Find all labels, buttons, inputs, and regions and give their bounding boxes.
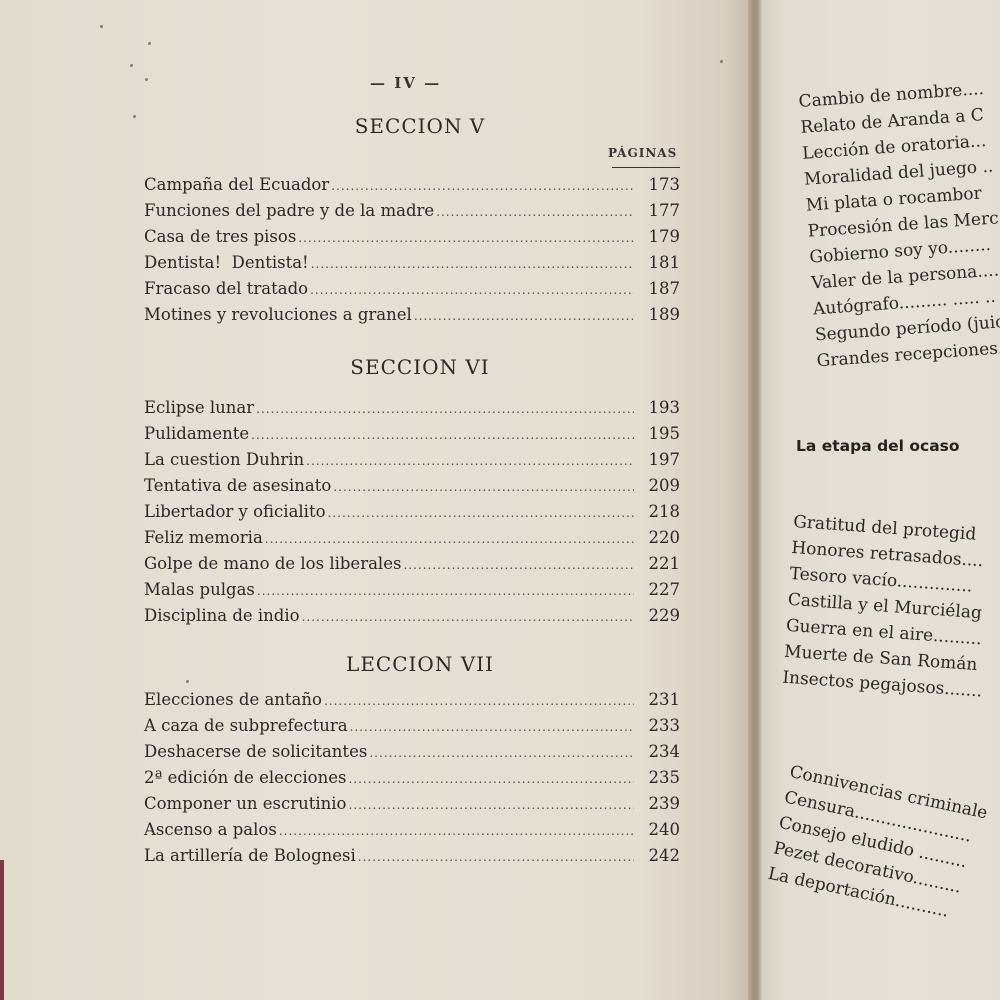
page-folio: — IV — bbox=[370, 74, 441, 92]
toc-entry: Componer un escrutinio..................… bbox=[144, 794, 680, 820]
toc-entry: Motines y revoluciones a granel.........… bbox=[144, 305, 680, 331]
leader-dots: ........................................… bbox=[350, 720, 634, 734]
paginas-rule bbox=[612, 167, 680, 168]
leader-dots: ........................................… bbox=[310, 283, 634, 297]
foxing-speck bbox=[130, 64, 133, 67]
leader-dots: ........................................… bbox=[331, 179, 634, 193]
foxing-speck bbox=[133, 115, 136, 118]
book-spread: — IV — SECCION V PÁGINAS Campaña del Ecu… bbox=[0, 0, 1000, 1000]
leader-dots: ........................................… bbox=[369, 746, 634, 760]
toc-section-v: Campaña del Ecuador.....................… bbox=[144, 175, 680, 331]
leader-dots: ........................................… bbox=[306, 454, 634, 468]
toc-entry: Feliz memoria...........................… bbox=[144, 528, 680, 554]
leader-dots: ........................................… bbox=[333, 480, 634, 494]
toc-right-group-2: Gratitud del protegid Honores retrasados… bbox=[781, 512, 993, 708]
toc-entry: Disciplina de indio.....................… bbox=[144, 606, 680, 632]
toc-entry: Deshacerse de solicitantes..............… bbox=[144, 742, 680, 768]
cover-edge bbox=[0, 860, 4, 1000]
toc-right-group-1: Cambio de nombre.... Relato de Aranda a … bbox=[798, 78, 1000, 377]
toc-entry: 2ª edición de elecciones................… bbox=[144, 768, 680, 794]
toc-entry: Libertador y oficialito.................… bbox=[144, 502, 680, 528]
leader-dots: ........................................… bbox=[403, 558, 634, 572]
section-heading-etapa-ocaso: La etapa del ocaso bbox=[796, 437, 960, 455]
toc-entry: Malas pulgas............................… bbox=[144, 580, 680, 606]
leader-dots: ........................................… bbox=[358, 850, 634, 864]
foxing-speck bbox=[145, 78, 148, 81]
foxing-speck bbox=[720, 60, 723, 63]
toc-entry: Eclipse lunar...........................… bbox=[144, 398, 680, 424]
leader-dots: ........................................… bbox=[256, 402, 634, 416]
leader-dots: ........................................… bbox=[311, 257, 634, 271]
toc-entry: Campaña del Ecuador.....................… bbox=[144, 175, 680, 201]
toc-entry: Pulidamente.............................… bbox=[144, 424, 680, 450]
toc-entry: Ascenso a palos.........................… bbox=[144, 820, 680, 846]
section-title-vi: SECCION VI bbox=[140, 355, 700, 379]
leader-dots: ........................................… bbox=[279, 824, 634, 838]
leader-dots: ........................................… bbox=[348, 798, 634, 812]
paginas-header: PÁGINAS bbox=[608, 146, 677, 160]
toc-entry: La cuestion Duhrin......................… bbox=[144, 450, 680, 476]
leader-dots: ........................................… bbox=[414, 309, 634, 323]
leader-dots: ........................................… bbox=[298, 231, 634, 245]
toc-section-vi: Eclipse lunar...........................… bbox=[144, 398, 680, 632]
foxing-speck bbox=[186, 680, 189, 683]
toc-entry: Casa de tres pisos......................… bbox=[144, 227, 680, 253]
toc-entry: A caza de subprefectura.................… bbox=[144, 716, 680, 742]
book-gutter bbox=[748, 0, 762, 1000]
section-title-v: SECCION V bbox=[140, 114, 700, 138]
toc-entry: La artillería de Bolognesi..............… bbox=[144, 846, 680, 872]
left-page: — IV — SECCION V PÁGINAS Campaña del Ecu… bbox=[0, 0, 748, 1000]
toc-entry: Dentista! Dentista!.....................… bbox=[144, 253, 680, 279]
toc-section-vii: Elecciones de antaño....................… bbox=[144, 690, 680, 872]
toc-right-group-3: Connivencias criminale Censura..........… bbox=[765, 762, 989, 931]
toc-entry: Fracaso del tratado.....................… bbox=[144, 279, 680, 305]
leader-dots: ........................................… bbox=[348, 772, 634, 786]
toc-entry: Elecciones de antaño....................… bbox=[144, 690, 680, 716]
leader-dots: ........................................… bbox=[328, 506, 634, 520]
toc-entry: Tentativa de asesinato..................… bbox=[144, 476, 680, 502]
leader-dots: ........................................… bbox=[265, 532, 634, 546]
toc-entry: Golpe de mano de los liberales..........… bbox=[144, 554, 680, 580]
foxing-speck bbox=[148, 42, 151, 45]
leader-dots: ........................................… bbox=[436, 205, 634, 219]
right-page: Cambio de nombre.... Relato de Aranda a … bbox=[762, 0, 1000, 1000]
leader-dots: ........................................… bbox=[257, 584, 634, 598]
leader-dots: ........................................… bbox=[302, 610, 634, 624]
leader-dots: ........................................… bbox=[251, 428, 634, 442]
foxing-speck bbox=[100, 25, 103, 28]
leader-dots: ........................................… bbox=[324, 694, 634, 708]
section-title-vii: LECCION VII bbox=[140, 652, 700, 676]
toc-entry: Funciones del padre y de la madre.......… bbox=[144, 201, 680, 227]
